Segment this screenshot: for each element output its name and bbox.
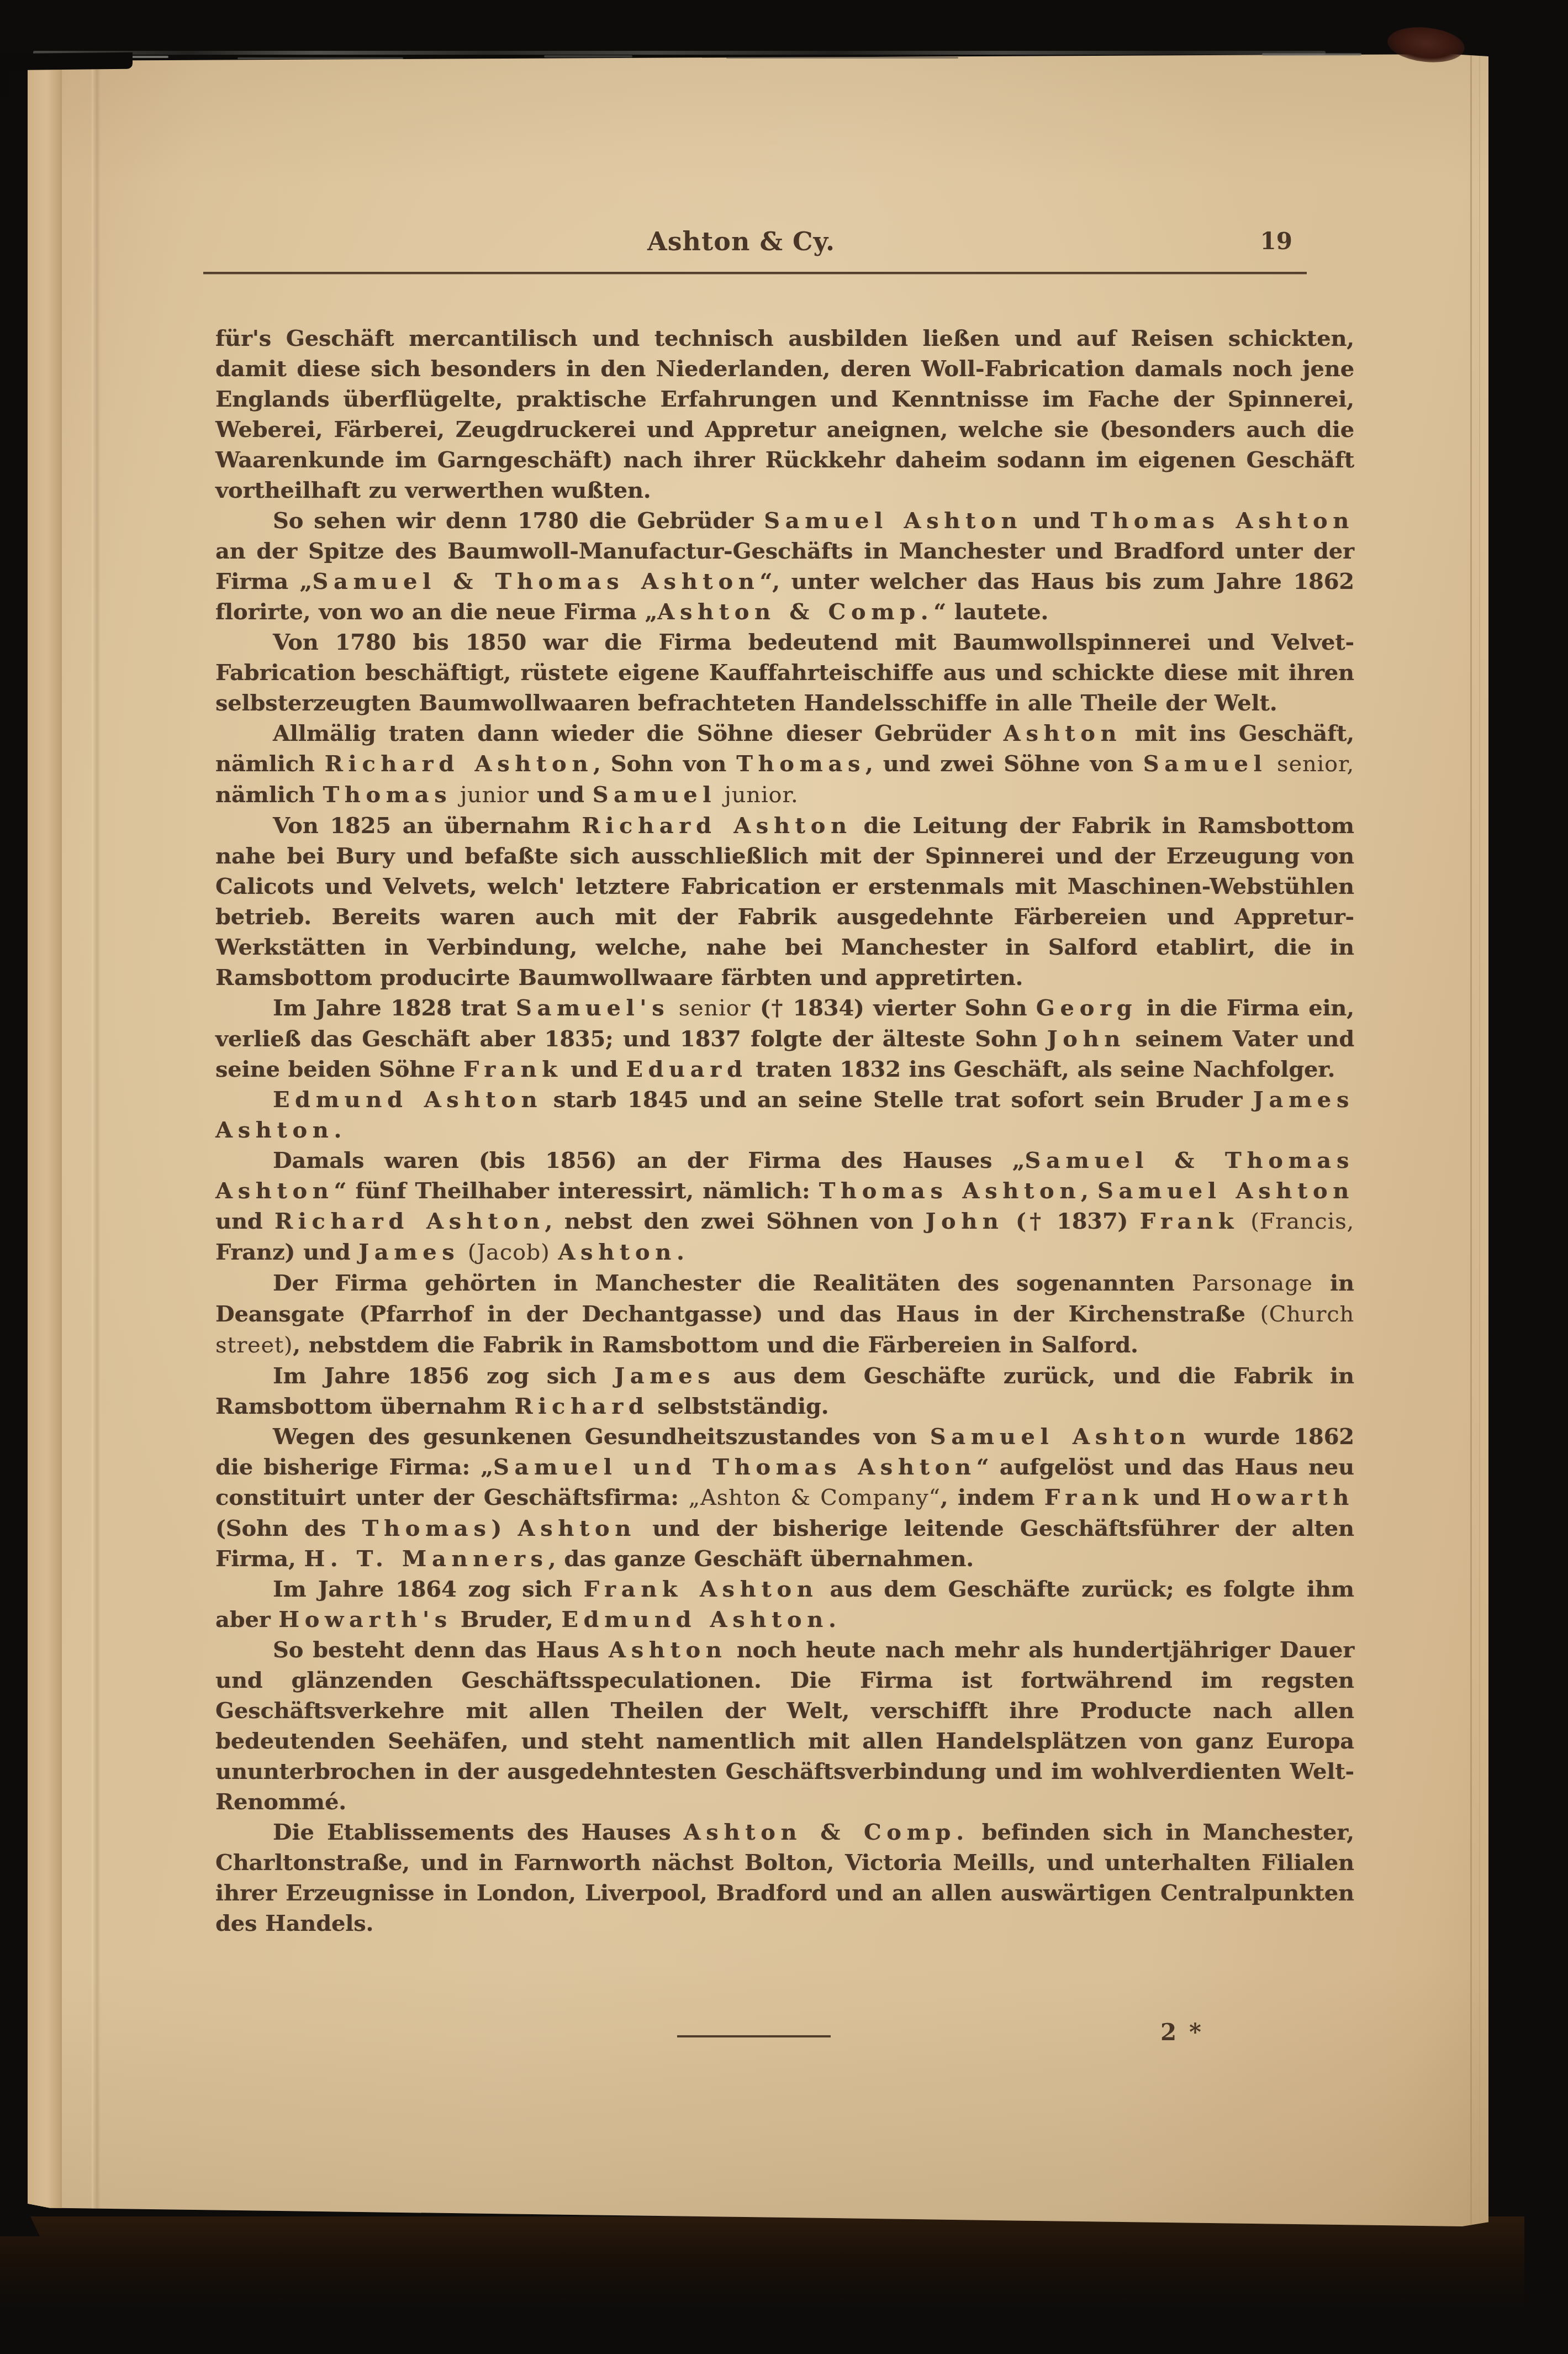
text-run: “ lautete. <box>933 599 1048 625</box>
emphasized-name: Ashton <box>518 1515 636 1541</box>
text-run: Von 1825 an übernahm <box>273 813 582 839</box>
text-run: . <box>334 1117 341 1143</box>
emphasized-name: Thomas Ashton <box>1091 508 1354 534</box>
emphasized-name: James <box>614 1363 715 1389</box>
emphasized-name: Georg <box>1036 995 1137 1021</box>
emphasized-name: Samuel und Thomas Ashton <box>493 1454 976 1480</box>
underlying-page-edge <box>1479 54 1480 2226</box>
emphasized-name: H. T. Manners <box>304 1546 548 1572</box>
text-run: (Jacob) <box>460 1240 550 1265</box>
scanned-book-photo: { "colors":{"paper":"#dcc49e","ink":"#4a… <box>0 0 1568 2354</box>
text-run: Im Jahre 1864 zog sich <box>273 1576 584 1602</box>
emphasized-name: Ashton & Comp. <box>684 1819 969 1845</box>
text-run: So besteht denn das Haus <box>273 1637 609 1663</box>
emphasized-name: Samuel Ashton <box>1097 1178 1354 1204</box>
page-crease <box>92 54 101 2226</box>
text-run: “ fünf Theilhaber interessirt, nämlich: <box>334 1178 819 1204</box>
emphasized-name: Samuel <box>593 782 716 808</box>
text-run: noch heute nach mehr als hundertjähriger… <box>215 1637 1354 1815</box>
text-run: , nebstdem die Fabrik in Ramsbottom und … <box>293 1332 1138 1358</box>
paragraph: Im Jahre 1856 zog sich James aus dem Ges… <box>215 1361 1354 1421</box>
page-number: 19 <box>215 228 1353 255</box>
text-run: Damals waren (bis 1856) an der Firma des… <box>273 1147 1025 1173</box>
text-run: für's Geschäft mercantilisch und technis… <box>215 325 1354 503</box>
emphasized-name: Thomas <box>323 782 452 808</box>
text-run: die Leitung der Fabrik in Ramsbottom nah… <box>215 813 1354 991</box>
text-run: und <box>1022 508 1091 534</box>
emphasized-name: Thomas <box>736 751 865 777</box>
text-run: traten 1832 ins Geschäft, als seine Nach… <box>748 1056 1335 1082</box>
paragraph: Im Jahre 1828 trat Samuel's senior († 18… <box>215 993 1354 1084</box>
header-rule <box>203 272 1307 274</box>
paragraph: Die Etablissements des Hauses Ashton & C… <box>215 1817 1354 1939</box>
text-run: († 1837) <box>1004 1208 1140 1234</box>
paragraph: Edmund Ashton starb 1845 und an seine St… <box>215 1084 1354 1145</box>
text-run: So sehen wir denn 1780 die Gebrüder <box>273 508 764 534</box>
text-run: (Francis, <box>1239 1209 1354 1234</box>
text-run: „Ashton & Company“ <box>689 1485 941 1510</box>
text-run: Bruder, <box>452 1607 562 1632</box>
paragraph: Der Firma gehörten in Manchester die Rea… <box>215 1268 1354 1361</box>
emphasized-name: Samuel Ashton <box>930 1424 1191 1450</box>
end-of-chapter-rule <box>677 2035 831 2037</box>
emphasized-name: Ashton <box>609 1637 727 1663</box>
book-hinge-shadow <box>0 53 9 97</box>
emphasized-name: Frank Ashton <box>584 1576 819 1602</box>
paragraph: Wegen des gesunkenen Gesundheitszustande… <box>215 1421 1354 1574</box>
text-run: und <box>562 1056 626 1082</box>
cover-corner-top-left <box>0 52 133 71</box>
cover-scuff-mark <box>544 55 632 57</box>
emphasized-name: Richard Ashton <box>274 1208 545 1234</box>
text-run: und <box>215 1208 274 1234</box>
paragraph: So sehen wir denn 1780 die Gebrüder Samu… <box>215 505 1354 627</box>
emphasized-name: Samuel's <box>516 995 669 1021</box>
paragraph: So besteht denn das Haus Ashton noch heu… <box>215 1635 1354 1817</box>
cover-scuff-mark <box>726 57 958 59</box>
text-run: , nebst den zwei Söhnen von <box>545 1208 926 1234</box>
emphasized-name: Frank <box>1140 1208 1239 1234</box>
paragraph: Von 1825 an übernahm Richard Ashton die … <box>215 810 1354 993</box>
text-run: starb 1845 und an seine Stelle trat sofo… <box>542 1087 1253 1113</box>
emphasized-name: Samuel & Thomas Ashton <box>312 568 759 594</box>
text-run: , <box>1081 1178 1097 1204</box>
text-run: Im Jahre 1828 trat <box>273 995 516 1021</box>
text-run: Im Jahre 1856 zog sich <box>273 1363 614 1389</box>
emphasized-name: Howarth's <box>278 1607 452 1632</box>
text-run: (Sohn des <box>215 1515 362 1541</box>
text-run: Allmälig traten dann wieder die Söhne di… <box>273 720 1004 746</box>
printer-signature-mark: 2 * <box>1127 2019 1237 2046</box>
emphasized-name: Ashton <box>1004 720 1122 746</box>
emphasized-name: Howarth <box>1210 1484 1354 1510</box>
emphasized-name: Ashton <box>558 1239 676 1265</box>
text-run: , Sohn von <box>593 751 736 777</box>
emphasized-name: Thomas <box>362 1515 492 1541</box>
text-run: senior, <box>1267 751 1354 777</box>
emphasized-name: Richard Ashton <box>325 751 593 777</box>
text-run: junior <box>452 782 529 808</box>
emphasized-name: John <box>1047 1026 1126 1052</box>
text-run: Wegen des gesunkenen Gesundheitszustande… <box>273 1424 930 1450</box>
cover-edge-highlight <box>33 51 1326 55</box>
emphasized-name: Richard <box>514 1393 649 1419</box>
text-run: . <box>677 1239 684 1265</box>
emphasized-name: James <box>358 1239 460 1265</box>
emphasized-name: Frank <box>463 1056 562 1082</box>
emphasized-name: Thomas Ashton <box>819 1178 1081 1204</box>
gutter-page-edge <box>28 61 62 2210</box>
text-run: Der Firma gehörten in Manchester die Rea… <box>273 1270 1192 1296</box>
emphasized-name: Ashton & Comp. <box>657 599 933 625</box>
paragraph: für's Geschäft mercantilisch und technis… <box>215 323 1354 505</box>
text-run <box>550 1239 558 1265</box>
text-run: Franz) und <box>215 1239 358 1265</box>
text-run: († 1834) vierter Sohn <box>751 995 1036 1021</box>
text-run: und <box>1143 1484 1210 1510</box>
text-run: ) <box>492 1515 518 1541</box>
text-run: , das ganze Geschäft übernahmen. <box>548 1546 974 1572</box>
cover-scuff-mark <box>237 57 403 59</box>
emphasized-name: Frank <box>1044 1484 1143 1510</box>
text-run: junior. <box>716 782 798 808</box>
emphasized-name: Samuel <box>1143 751 1267 777</box>
emphasized-name: Edmund Ashton <box>273 1087 542 1113</box>
text-run: Von 1780 bis 1850 war die Firma bedeuten… <box>215 629 1354 716</box>
cover-scuff-mark <box>1262 53 1361 56</box>
emphasized-name: Eduard <box>626 1056 747 1082</box>
page-bottom-shadow <box>0 2216 1524 2305</box>
text-body: für's Geschäft mercantilisch und technis… <box>215 323 1354 1939</box>
text-run: Die Etablissements des Hauses <box>273 1819 684 1845</box>
emphasized-name: Edmund Ashton <box>562 1607 829 1632</box>
paragraph: Im Jahre 1864 zog sich Frank Ashton aus … <box>215 1574 1354 1635</box>
paragraph: Von 1780 bis 1850 war die Firma bedeuten… <box>215 627 1354 718</box>
underlying-page-edge <box>1470 54 1472 2226</box>
text-run: nämlich <box>215 782 323 808</box>
book-page: Ashton & Cy. 19 für's Geschäft mercantil… <box>28 54 1488 2226</box>
emphasized-name: Samuel Ashton <box>764 508 1022 534</box>
text-run: . <box>828 1607 836 1632</box>
paragraph: Allmälig traten dann wieder die Söhne di… <box>215 718 1354 810</box>
text-run: Parsonage <box>1192 1271 1313 1296</box>
emphasized-name: John <box>925 1208 1004 1234</box>
paragraph: Damals waren (bis 1856) an der Firma des… <box>215 1145 1354 1268</box>
text-run: senior <box>669 996 751 1021</box>
text-run: , und zwei Söhne von <box>865 751 1143 777</box>
text-run: und <box>529 782 593 808</box>
text-run: , indem <box>941 1484 1044 1510</box>
text-run: selbstständig. <box>649 1393 828 1419</box>
emphasized-name: Richard Ashton <box>582 813 852 839</box>
